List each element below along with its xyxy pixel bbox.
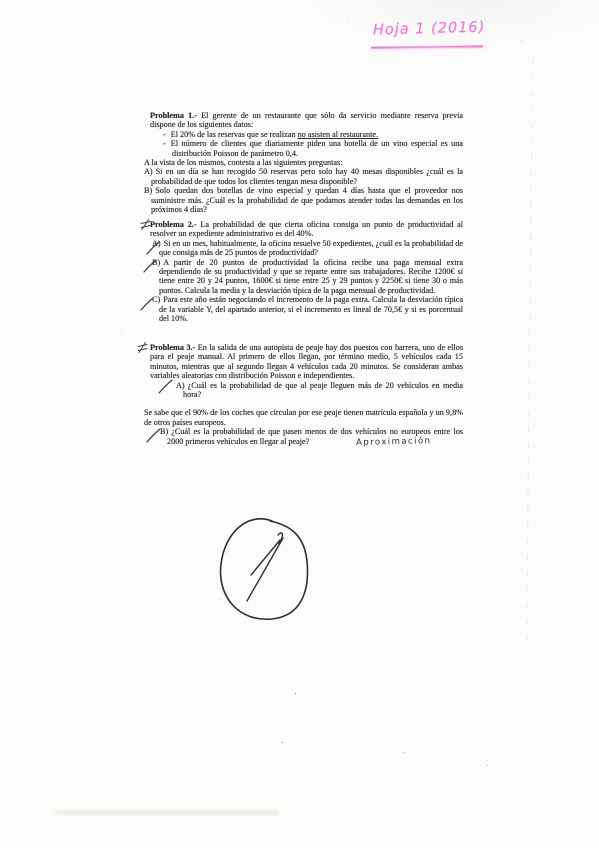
part-b-text: Solo quedan dos botellas de vino especia… [151,186,463,214]
problem-1-part-b: B)Solo quedan dos botellas de vino espec… [144,186,463,214]
bullet-dash: - [163,130,166,139]
problem-1-intro: El gerente de un restaurante que sólo da… [150,111,463,129]
problem-3-part-a: A)¿Cuál es la probabilidad de que al pea… [176,381,463,400]
bullet-dash: - [163,139,166,148]
pencil-tick-icon [142,258,158,274]
part-a-text: ¿Cuál es la probabilidad de que al peaje… [183,381,463,399]
problem-1-block: Problema 1.- El gerente de un restaurant… [144,111,463,214]
pencil-tick-icon [145,427,162,444]
problem-3-heading: Problema 3.- En la salida de una autopis… [150,343,463,381]
handwritten-sheet-title: Hoja 1 (2016) [373,20,486,39]
problem-2-title: Problema 2.- [150,220,197,229]
scanned-exam-page: Hoja 1 (2016) Problema 1.- El gerente de… [0,0,599,848]
problem-2-part-b: B)A partir de 20 puntos de productividad… [152,258,463,296]
part-label-a: A) [176,381,185,390]
pencil-tick-icon [139,296,155,312]
scan-smudge [55,810,280,815]
problem-1-title: Problema 1.- [150,111,197,120]
part-a-text: Si en un día se han recogido 50 reservas… [151,167,463,185]
pencil-asterisk-icon [139,218,152,231]
bullet-1-text: El 20% de las reservas que se realizan [171,130,298,139]
problem-1-heading: Problema 1.- El gerente de un restaurant… [150,111,463,130]
problem-3-block: Problema 3.- En la salida de una autopis… [144,343,463,446]
pencil-tick-icon [145,240,161,256]
problem-3-title: Problema 3.- [150,343,195,352]
part-label-a: A) [144,167,153,176]
circled-number-one [210,510,316,630]
handwritten-approx-note: Aproximación [356,436,432,448]
part-a-text: Si en un mes, habitualmente, la oficina … [159,239,463,257]
problem-2-block: Problema 2.- La probabilidad de que cier… [144,220,463,323]
pencil-tick-icon [157,378,174,395]
part-c-text: Para este año están negociando el increm… [159,295,463,323]
problem-2-part-a: A)Si en un mes, habitualmente, la oficin… [152,239,463,258]
problem-1-part-a: A)Si en un día se han recogido 50 reserv… [144,167,463,186]
scan-crease-line [526,58,534,650]
pencil-asterisk-icon [136,341,149,354]
problem-3-note: Se sabe que el 90% de los coches que cir… [144,408,463,427]
handwritten-underline [371,45,483,49]
problem-2-heading: Problema 2.- La probabilidad de que cier… [150,220,463,239]
problem-2-part-c: C)Para este año están negociando el incr… [152,295,463,323]
problem-1-lead: A la vista de los mismos, contesta a las… [144,158,463,167]
bullet-2-overlined-text: piden una botella [307,138,366,148]
problem-2-intro: La probabilidad de que cierta oficina co… [150,220,463,238]
bullet-2-text: El número de clientes que diariamente [171,139,307,148]
problem-3-intro: En la salida de una autopista de peaje h… [150,343,463,380]
problem-1-bullet-2: -El número de clientes que diariamente p… [163,139,463,158]
scan-speckles [0,0,1,1]
part-b-text: A partir de 20 puntos de productividad l… [159,258,463,295]
part-label-b: B) [144,186,152,195]
